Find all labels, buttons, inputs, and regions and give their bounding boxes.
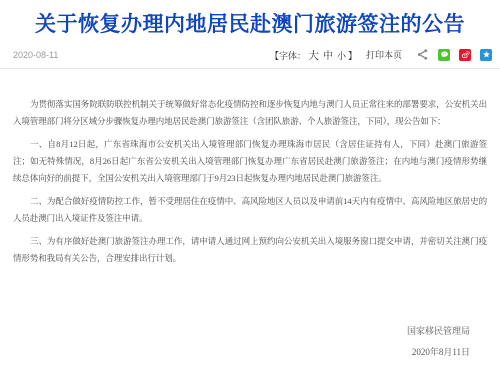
weibo-icon[interactable] bbox=[459, 49, 471, 61]
print-page-button[interactable]: 打印本页 bbox=[366, 48, 402, 61]
paragraph-intro: 为贯彻落实国务院联防联控机制关于统筹做好常态化疫情防控和逐步恢复内地与澳门人员正… bbox=[13, 96, 487, 130]
font-control-suffix: 】 bbox=[348, 49, 357, 62]
font-size-large-button[interactable]: 大 bbox=[308, 47, 319, 63]
font-size-small-button[interactable]: 小 bbox=[337, 49, 346, 62]
publish-date: 2020-08-11 bbox=[13, 50, 58, 60]
announcement-page: 关于恢复办理内地居民赴澳门旅游签注的公告 2020-08-11 【字体： 大 中… bbox=[0, 0, 500, 374]
share-icon[interactable] bbox=[416, 48, 429, 61]
announcement-body: 为贯彻落实国务院联防联控机制关于统筹做好常态化疫情防控和逐步恢复内地与澳门人员正… bbox=[0, 69, 500, 267]
signature-org: 国家移民管理局 bbox=[407, 325, 470, 337]
paragraph-item-2: 二、为配合做好疫情防控工作，暂不受理居住在疫情中、高风险地区人员以及申请前14天… bbox=[13, 193, 487, 227]
page-title: 关于恢复办理内地居民赴澳门旅游签注的公告 bbox=[0, 0, 500, 37]
meta-row: 2020-08-11 【字体： 大 中 小 】 打印本页 bbox=[0, 47, 500, 62]
signature-date: 2020年8月11日 bbox=[407, 346, 470, 358]
wechat-icon[interactable] bbox=[438, 49, 450, 61]
font-size-medium-button[interactable]: 中 bbox=[323, 47, 333, 62]
signature-block: 国家移民管理局 2020年8月11日 bbox=[407, 325, 470, 358]
meta-controls: 【字体： 大 中 小 】 打印本页 bbox=[270, 47, 492, 63]
font-size-control: 【字体： 大 中 小 】 bbox=[270, 47, 357, 63]
paragraph-item-1: 一、自8月12日起，广东省珠海市公安机关出入境管理部门恢复办理珠海市居民（含居住… bbox=[13, 136, 487, 187]
share-bar bbox=[416, 48, 492, 61]
qzone-star-icon[interactable] bbox=[480, 49, 492, 61]
paragraph-item-3: 三、为有序做好赴澳门旅游签注办理工作，请申请人通过网上预约向公安机关出入境服务窗… bbox=[13, 233, 487, 267]
font-control-prefix: 【字体： bbox=[270, 49, 306, 62]
